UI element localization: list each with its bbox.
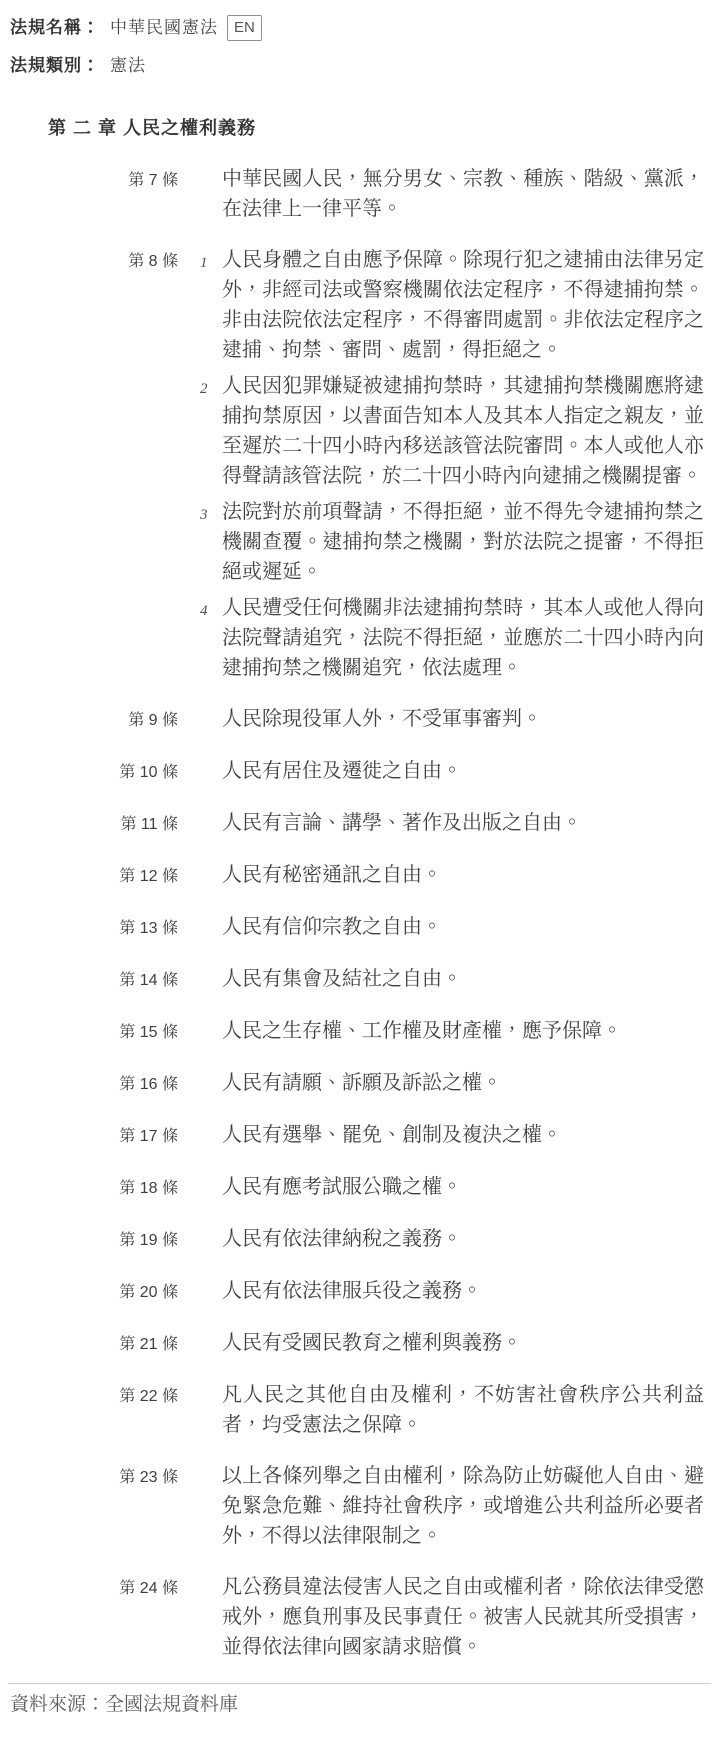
article-number-link[interactable]: 第 20 條	[0, 1276, 178, 1307]
law-meta: 法規名稱： 中華民國憲法 EN 法規類別： 憲法	[0, 14, 719, 80]
article-number-link[interactable]: 第 21 條	[0, 1328, 178, 1359]
paragraph-number: 1	[200, 248, 208, 278]
paragraph-text: 人民有集會及結社之自由。	[222, 968, 462, 990]
article-content: 人民有信仰宗教之自由。	[222, 912, 704, 942]
articles-list: 第 7 條中華民國人民，無分男女、宗教、種族、階級、黨派，在法律上一律平等。第 …	[0, 164, 719, 1662]
article-row: 第 14 條人民有集會及結社之自由。	[0, 964, 719, 995]
law-category-row: 法規類別： 憲法	[10, 52, 719, 80]
article-content: 人民有居住及遷徙之自由。	[222, 756, 704, 786]
article-number-link[interactable]: 第 16 條	[0, 1068, 178, 1099]
article-number-link[interactable]: 第 9 條	[0, 704, 178, 735]
article-number-link[interactable]: 第 23 條	[0, 1461, 178, 1492]
article-paragraph: 人民有言論、講學、著作及出版之自由。	[222, 808, 704, 838]
article-paragraph: 人民有信仰宗教之自由。	[222, 912, 704, 942]
paragraph-number: 4	[200, 596, 208, 626]
article-paragraph: 人民之生存權、工作權及財產權，應予保障。	[222, 1016, 704, 1046]
article-number-link[interactable]: 第 8 條	[0, 245, 178, 276]
article-number-link[interactable]: 第 10 條	[0, 756, 178, 787]
article-paragraph: 人民有依法律服兵役之義務。	[222, 1276, 704, 1306]
article-paragraph: 以上各條列舉之自由權利，除為防止妨礙他人自由、避免緊急危難、維持社會秩序，或增進…	[222, 1461, 704, 1551]
article-row: 第 17 條人民有選舉、罷免、創制及複決之權。	[0, 1120, 719, 1151]
article-paragraph: 人民有秘密通訊之自由。	[222, 860, 704, 890]
english-version-button[interactable]: EN	[227, 15, 262, 41]
article-number-link[interactable]: 第 12 條	[0, 860, 178, 891]
paragraph-text: 以上各條列舉之自由權利，除為防止妨礙他人自由、避免緊急危難、維持社會秩序，或增進…	[222, 1465, 704, 1547]
article-row: 第 7 條中華民國人民，無分男女、宗教、種族、階級、黨派，在法律上一律平等。	[0, 164, 719, 224]
article-paragraph: 人民有受國民教育之權利與義務。	[222, 1328, 704, 1358]
article-row: 第 16 條人民有請願、訴願及訴訟之權。	[0, 1068, 719, 1099]
article-row: 第 13 條人民有信仰宗教之自由。	[0, 912, 719, 943]
paragraph-text: 人民有受國民教育之權利與義務。	[222, 1332, 522, 1354]
article-number-link[interactable]: 第 13 條	[0, 912, 178, 943]
chapter-heading: 第 二 章 人民之權利義務	[48, 114, 719, 140]
paragraph-text: 人民有請願、訴願及訴訟之權。	[222, 1072, 502, 1094]
article-content: 中華民國人民，無分男女、宗教、種族、階級、黨派，在法律上一律平等。	[222, 164, 704, 224]
paragraph-text: 人民有居住及遷徙之自由。	[222, 760, 462, 782]
paragraph-text: 人民除現役軍人外，不受軍事審判。	[222, 708, 542, 730]
paragraph-text: 人民之生存權、工作權及財產權，應予保障。	[222, 1020, 622, 1042]
article-content: 人民有言論、講學、著作及出版之自由。	[222, 808, 704, 838]
article-row: 第 15 條人民之生存權、工作權及財產權，應予保障。	[0, 1016, 719, 1047]
article-row: 第 18 條人民有應考試服公職之權。	[0, 1172, 719, 1203]
article-number-link[interactable]: 第 22 條	[0, 1380, 178, 1411]
article-paragraph: 4人民遭受任何機關非法逮捕拘禁時，其本人或他人得向法院聲請追究，法院不得拒絕，並…	[222, 593, 704, 683]
paragraph-text: 人民有依法律納稅之義務。	[222, 1228, 462, 1250]
article-row: 第 24 條凡公務員違法侵害人民之自由或權利者，除依法律受懲戒外，應負刑事及民事…	[0, 1572, 719, 1662]
article-paragraph: 凡人民之其他自由及權利，不妨害社會秩序公共利益者，均受憲法之保障。	[222, 1380, 704, 1440]
article-paragraph: 人民有請願、訴願及訴訟之權。	[222, 1068, 704, 1098]
paragraph-text: 凡人民之其他自由及權利，不妨害社會秩序公共利益者，均受憲法之保障。	[222, 1384, 704, 1436]
article-row: 第 20 條人民有依法律服兵役之義務。	[0, 1276, 719, 1307]
article-content: 人民有受國民教育之權利與義務。	[222, 1328, 704, 1358]
article-paragraph: 人民有居住及遷徙之自由。	[222, 756, 704, 786]
article-number-link[interactable]: 第 18 條	[0, 1172, 178, 1203]
article-content: 凡公務員違法侵害人民之自由或權利者，除依法律受懲戒外，應負刑事及民事責任。被害人…	[222, 1572, 704, 1662]
law-name-row: 法規名稱： 中華民國憲法 EN	[10, 14, 719, 42]
article-paragraph: 人民除現役軍人外，不受軍事審判。	[222, 704, 704, 734]
article-content: 人民有請願、訴願及訴訟之權。	[222, 1068, 704, 1098]
paragraph-number: 3	[200, 500, 208, 530]
paragraph-text: 人民身體之自由應予保障。除現行犯之逮捕由法律另定外，非經司法或警察機關依法定程序…	[222, 249, 704, 361]
data-source-text: 資料來源：全國法規資料庫	[10, 1694, 238, 1715]
article-number-link[interactable]: 第 7 條	[0, 164, 178, 195]
article-paragraph: 2人民因犯罪嫌疑被逮捕拘禁時，其逮捕拘禁機關應將逮捕拘禁原因，以書面告知本人及其…	[222, 371, 704, 491]
article-row: 第 23 條以上各條列舉之自由權利，除為防止妨礙他人自由、避免緊急危難、維持社會…	[0, 1461, 719, 1551]
law-category-label: 法規類別：	[10, 52, 100, 80]
paragraph-text: 人民遭受任何機關非法逮捕拘禁時，其本人或他人得向法院聲請追究，法院不得拒絕，並應…	[222, 597, 704, 679]
article-paragraph: 3法院對於前項聲請，不得拒絕，並不得先令逮捕拘禁之機關查覆。逮捕拘禁之機關，對於…	[222, 497, 704, 587]
article-content: 人民有集會及結社之自由。	[222, 964, 704, 994]
article-number-link[interactable]: 第 14 條	[0, 964, 178, 995]
article-paragraph: 人民有選舉、罷免、創制及複決之權。	[222, 1120, 704, 1150]
paragraph-number: 2	[200, 374, 208, 404]
paragraph-text: 人民有選舉、罷免、創制及複決之權。	[222, 1124, 562, 1146]
article-row: 第 9 條人民除現役軍人外，不受軍事審判。	[0, 704, 719, 735]
law-article-page: 法規名稱： 中華民國憲法 EN 法規類別： 憲法 第 二 章 人民之權利義務 第…	[0, 0, 719, 1740]
footer: 資料來源：全國法規資料庫	[8, 1683, 711, 1728]
article-number-link[interactable]: 第 17 條	[0, 1120, 178, 1151]
paragraph-text: 人民有依法律服兵役之義務。	[222, 1280, 482, 1302]
article-row: 第 19 條人民有依法律納稅之義務。	[0, 1224, 719, 1255]
paragraph-text: 凡公務員違法侵害人民之自由或權利者，除依法律受懲戒外，應負刑事及民事責任。被害人…	[222, 1576, 704, 1658]
article-content: 人民有依法律服兵役之義務。	[222, 1276, 704, 1306]
article-number-link[interactable]: 第 11 條	[0, 808, 178, 839]
paragraph-text: 中華民國人民，無分男女、宗教、種族、階級、黨派，在法律上一律平等。	[222, 168, 704, 220]
article-content: 人民之生存權、工作權及財產權，應予保障。	[222, 1016, 704, 1046]
law-category-value: 憲法	[110, 52, 146, 80]
article-paragraph: 中華民國人民，無分男女、宗教、種族、階級、黨派，在法律上一律平等。	[222, 164, 704, 224]
article-row: 第 22 條凡人民之其他自由及權利，不妨害社會秩序公共利益者，均受憲法之保障。	[0, 1380, 719, 1440]
article-number-link[interactable]: 第 15 條	[0, 1016, 178, 1047]
article-content: 人民有秘密通訊之自由。	[222, 860, 704, 890]
article-row: 第 11 條人民有言論、講學、著作及出版之自由。	[0, 808, 719, 839]
article-row: 第 10 條人民有居住及遷徙之自由。	[0, 756, 719, 787]
article-paragraph: 人民有應考試服公職之權。	[222, 1172, 704, 1202]
article-row: 第 21 條人民有受國民教育之權利與義務。	[0, 1328, 719, 1359]
article-content: 凡人民之其他自由及權利，不妨害社會秩序公共利益者，均受憲法之保障。	[222, 1380, 704, 1440]
paragraph-text: 人民有信仰宗教之自由。	[222, 916, 442, 938]
article-content: 1人民身體之自由應予保障。除現行犯之逮捕由法律另定外，非經司法或警察機關依法定程…	[222, 245, 704, 683]
article-content: 人民有選舉、罷免、創制及複決之權。	[222, 1120, 704, 1150]
law-name-value: 中華民國憲法	[110, 14, 218, 42]
article-paragraph: 凡公務員違法侵害人民之自由或權利者，除依法律受懲戒外，應負刑事及民事責任。被害人…	[222, 1572, 704, 1662]
article-number-link[interactable]: 第 19 條	[0, 1224, 178, 1255]
paragraph-text: 法院對於前項聲請，不得拒絕，並不得先令逮捕拘禁之機關查覆。逮捕拘禁之機關，對於法…	[222, 501, 704, 583]
article-content: 人民有應考試服公職之權。	[222, 1172, 704, 1202]
article-number-link[interactable]: 第 24 條	[0, 1572, 178, 1603]
article-row: 第 12 條人民有秘密通訊之自由。	[0, 860, 719, 891]
article-content: 人民有依法律納稅之義務。	[222, 1224, 704, 1254]
law-name-label: 法規名稱：	[10, 14, 100, 42]
article-paragraph: 人民有集會及結社之自由。	[222, 964, 704, 994]
article-paragraph: 人民有依法律納稅之義務。	[222, 1224, 704, 1254]
paragraph-text: 人民有秘密通訊之自由。	[222, 864, 442, 886]
paragraph-text: 人民有應考試服公職之權。	[222, 1176, 462, 1198]
article-content: 以上各條列舉之自由權利，除為防止妨礙他人自由、避免緊急危難、維持社會秩序，或增進…	[222, 1461, 704, 1551]
paragraph-text: 人民有言論、講學、著作及出版之自由。	[222, 812, 582, 834]
article-paragraph: 1人民身體之自由應予保障。除現行犯之逮捕由法律另定外，非經司法或警察機關依法定程…	[222, 245, 704, 365]
article-content: 人民除現役軍人外，不受軍事審判。	[222, 704, 704, 734]
article-row: 第 8 條1人民身體之自由應予保障。除現行犯之逮捕由法律另定外，非經司法或警察機…	[0, 245, 719, 683]
paragraph-text: 人民因犯罪嫌疑被逮捕拘禁時，其逮捕拘禁機關應將逮捕拘禁原因，以書面告知本人及其本…	[222, 375, 704, 487]
